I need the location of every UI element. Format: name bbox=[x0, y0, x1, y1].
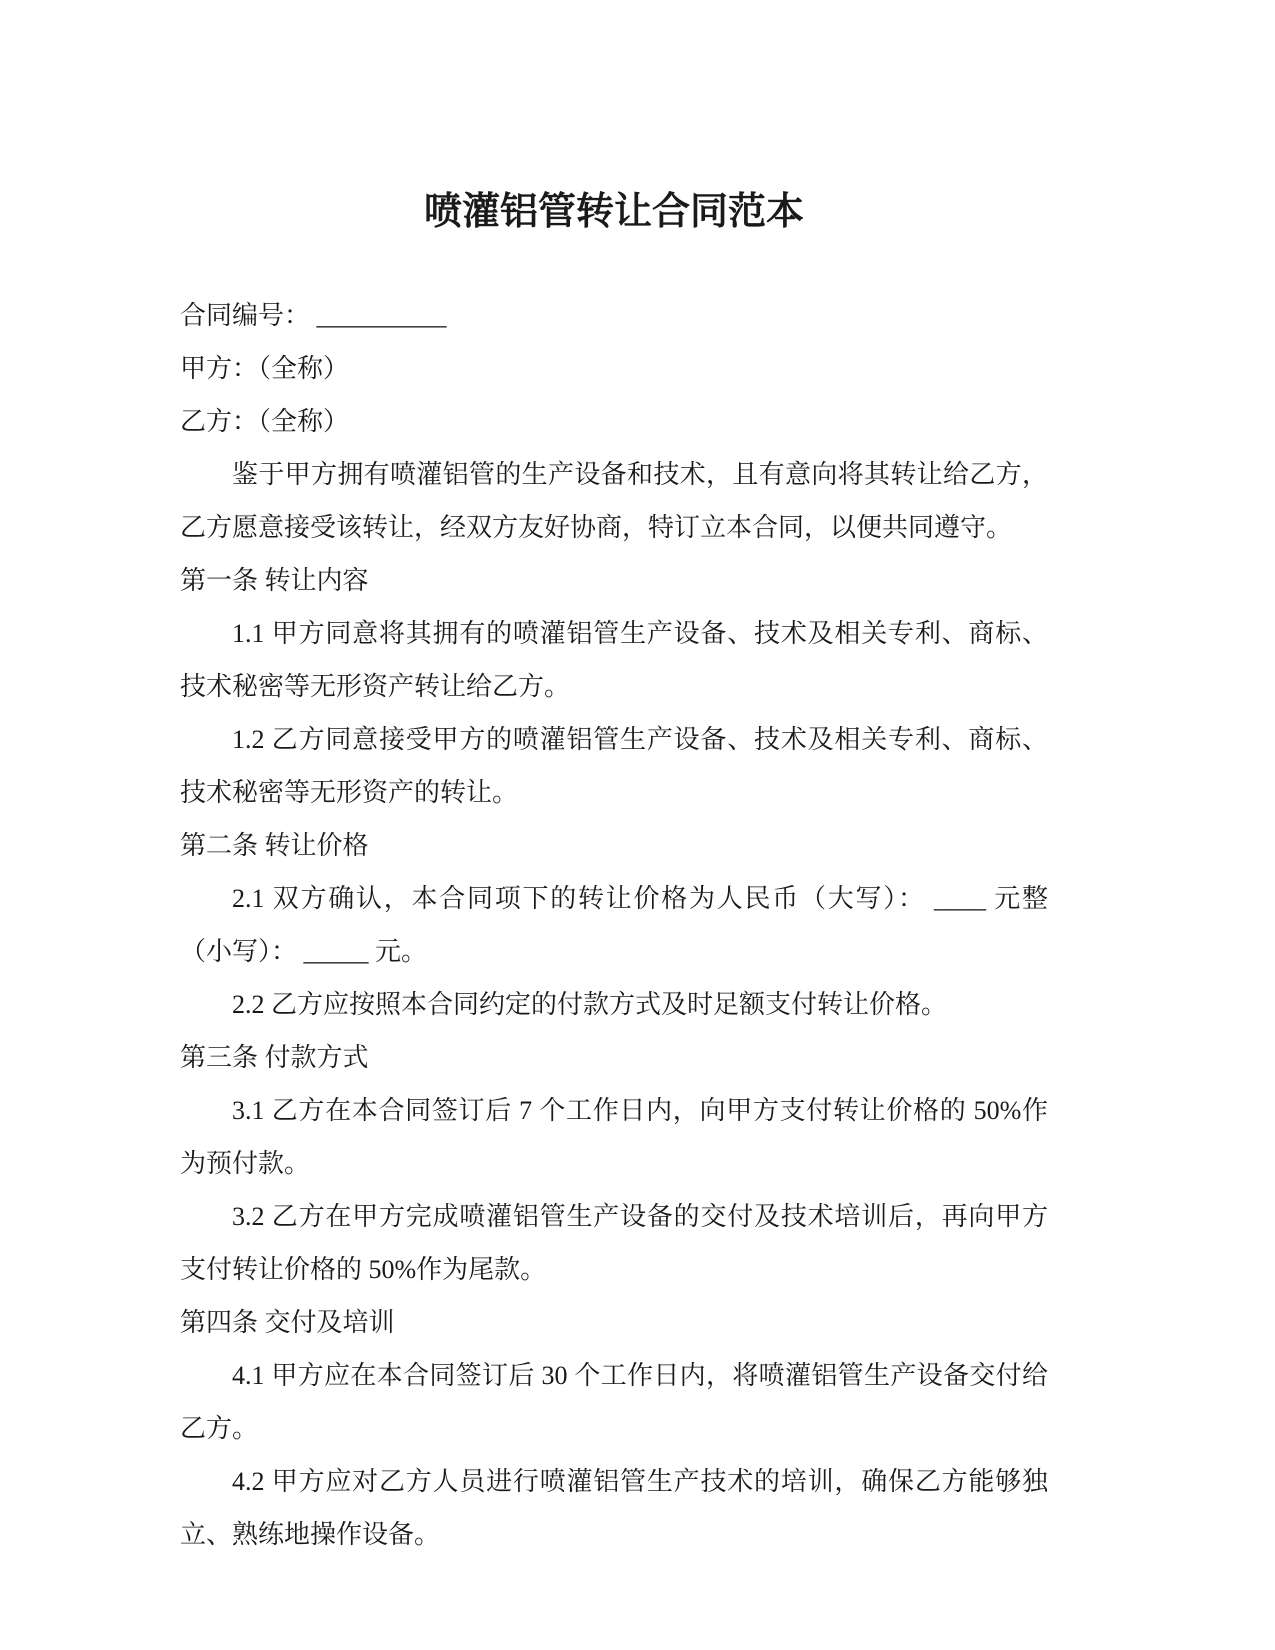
para-preamble: 鉴于甲方拥有喷灌铝管的生产设备和技术，且有意向将其转让给乙方，乙方愿意接受该转让… bbox=[180, 448, 1048, 554]
document-body: 合同编号： __________ 甲方：（全称） 乙方：（全称） 鉴于甲方拥有喷… bbox=[180, 289, 1048, 1561]
clause-1-1: 1.1 甲方同意将其拥有的喷灌铝管生产设备、技术及相关专利、商标、技术秘密等无形… bbox=[180, 607, 1048, 713]
heading-article-4: 第四条 交付及培训 bbox=[180, 1296, 1048, 1349]
contract-document-page: 喷灌铝管转让合同范本 合同编号： __________ 甲方：（全称） 乙方：（… bbox=[0, 0, 1275, 1650]
para-contract-number: 合同编号： __________ bbox=[180, 289, 1048, 342]
clause-2-2: 2.2 乙方应按照本合同约定的付款方式及时足额支付转让价格。 bbox=[180, 978, 1048, 1031]
clause-2-1: 2.1 双方确认，本合同项下的转让价格为人民币（大写）： ____ 元整（小写）… bbox=[180, 872, 1048, 978]
heading-article-3: 第三条 付款方式 bbox=[180, 1031, 1048, 1084]
clause-4-2: 4.2 甲方应对乙方人员进行喷灌铝管生产技术的培训，确保乙方能够独立、熟练地操作… bbox=[180, 1455, 1048, 1561]
clause-4-1: 4.1 甲方应在本合同签订后 30 个工作日内，将喷灌铝管生产设备交付给乙方。 bbox=[180, 1349, 1048, 1455]
clause-3-2: 3.2 乙方在甲方完成喷灌铝管生产设备的交付及技术培训后，再向甲方支付转让价格的… bbox=[180, 1190, 1048, 1296]
heading-article-2: 第二条 转让价格 bbox=[180, 819, 1048, 872]
para-party-b: 乙方：（全称） bbox=[180, 395, 1048, 448]
document-title: 喷灌铝管转让合同范本 bbox=[180, 190, 1048, 236]
heading-article-1: 第一条 转让内容 bbox=[180, 554, 1048, 607]
clause-1-2: 1.2 乙方同意接受甲方的喷灌铝管生产设备、技术及相关专利、商标、技术秘密等无形… bbox=[180, 713, 1048, 819]
para-party-a: 甲方：（全称） bbox=[180, 342, 1048, 395]
clause-3-1: 3.1 乙方在本合同签订后 7 个工作日内，向甲方支付转让价格的 50%作为预付… bbox=[180, 1084, 1048, 1190]
